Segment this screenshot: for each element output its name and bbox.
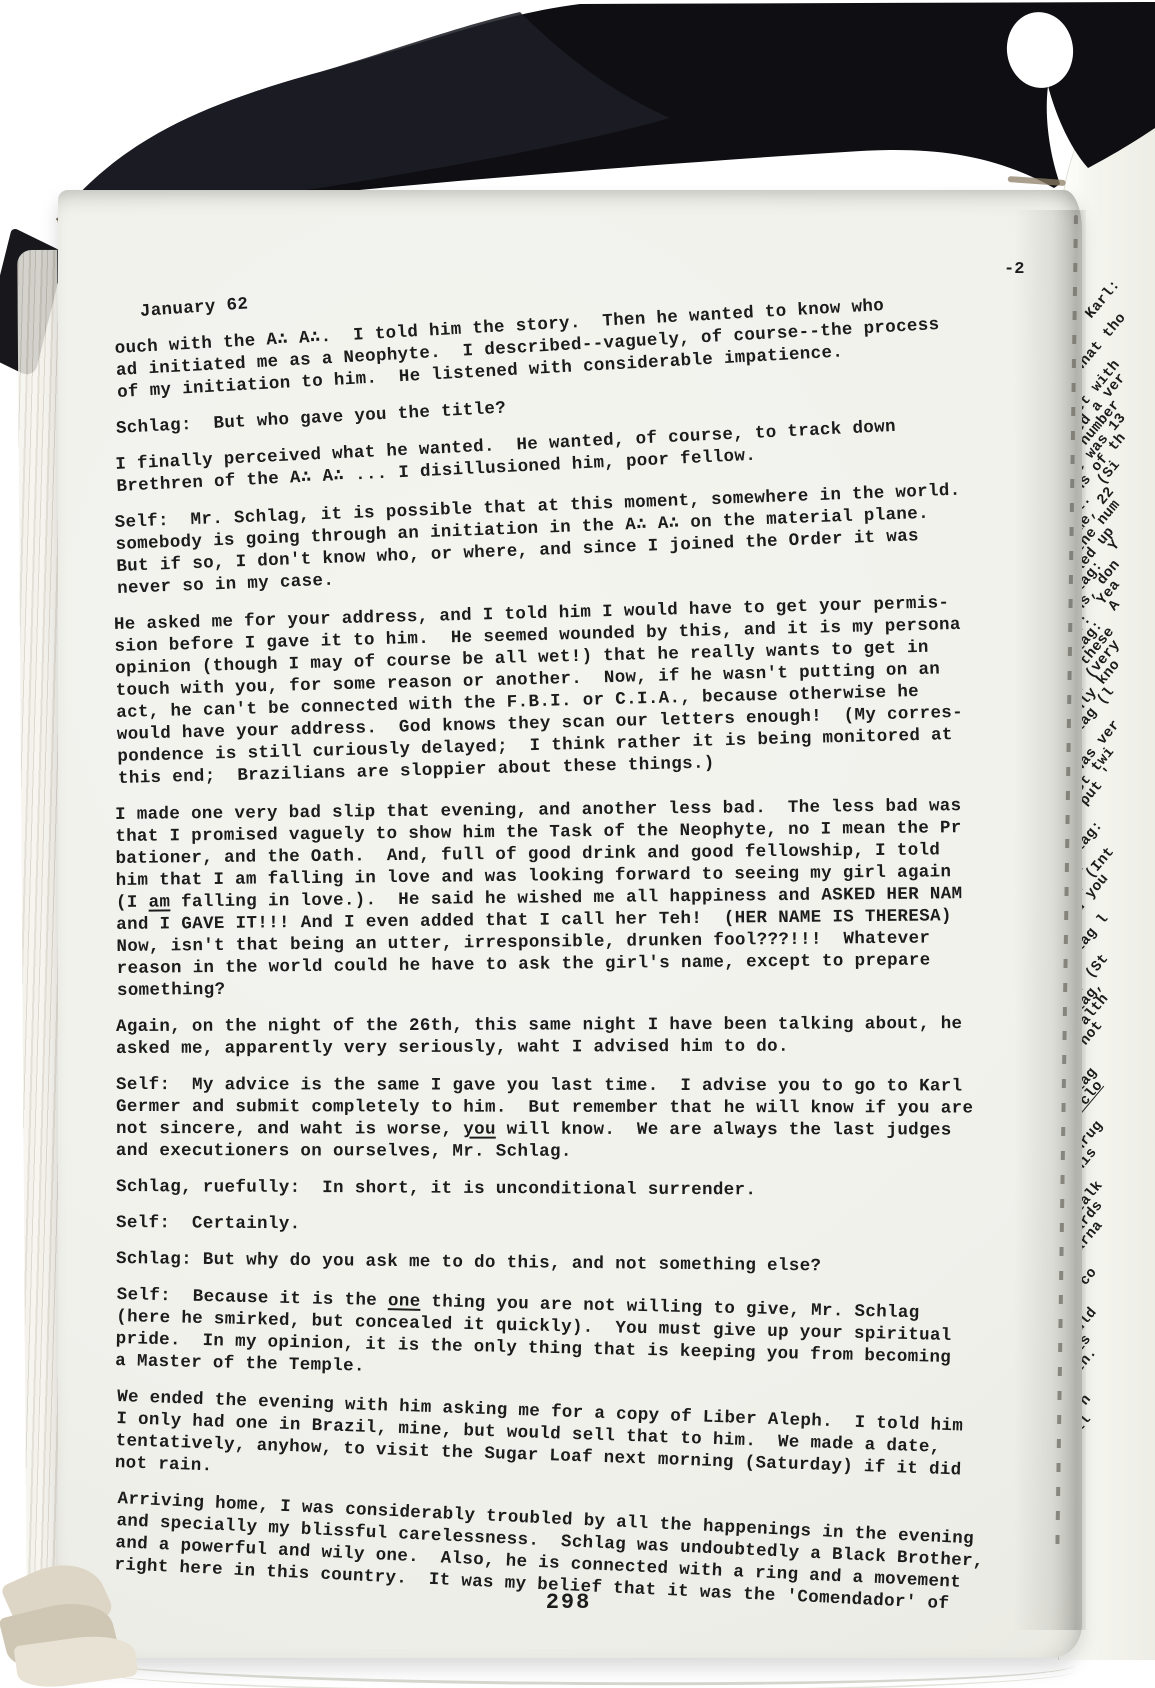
typewritten-paragraph: Self: Mr. Schlag, it is possible that at… <box>114 477 1022 600</box>
typewritten-paragraph: We ended the evening with him asking me … <box>114 1386 1022 1506</box>
typewritten-paragraph: Schlag: But why do you ask me to do this… <box>116 1248 1021 1279</box>
typewritten-paragraph: Again, on the night of the 26th, this sa… <box>116 1013 1021 1060</box>
typewritten-paragraph: Self: Because it is the one thing you ar… <box>115 1284 1022 1393</box>
gutter-shadow <box>1014 210 1086 1630</box>
typewritten-paragraph: Schlag, ruefully: In short, it is uncond… <box>116 1176 1021 1203</box>
typewritten-line: Schlag, ruefully: In short, it is uncond… <box>116 1176 1021 1203</box>
typewritten-line: not sincere, and waht is worse, you will… <box>116 1118 1021 1142</box>
book-photo: Dear Karl: Do what tho I met withpared a… <box>0 0 1155 1688</box>
typewritten-line: Schlag: But why do you ask me to do this… <box>116 1248 1021 1279</box>
typewritten-line: Germer and submit completely to him. But… <box>116 1096 1021 1120</box>
typewritten-line: asked me, apparently very seriously, wah… <box>116 1035 1021 1060</box>
typewritten-line: Self: My advice is the same I gave you l… <box>116 1074 1021 1098</box>
typewritten-paragraph: He asked me for your address, and I told… <box>114 590 1023 790</box>
typewritten-line: and executioners on ourselves, Mr. Schla… <box>116 1140 1021 1164</box>
typewritten-paragraph: I made one very bad slip that evening, a… <box>115 795 1022 1002</box>
typewritten-line: Self: Certainly. <box>116 1212 1021 1240</box>
typewritten-paragraph: Self: Certainly. <box>116 1212 1021 1240</box>
typewritten-body: ouch with the A∴ A∴. I told him the stor… <box>116 338 1021 1576</box>
typewritten-line: Again, on the night of the 26th, this sa… <box>116 1013 1021 1038</box>
left-page: -2 January 62 ouch with the A∴ A∴. I tol… <box>58 190 1082 1658</box>
bottom-page-edge <box>95 1650 1075 1688</box>
typewritten-paragraph: Self: My advice is the same I gave you l… <box>116 1074 1021 1164</box>
